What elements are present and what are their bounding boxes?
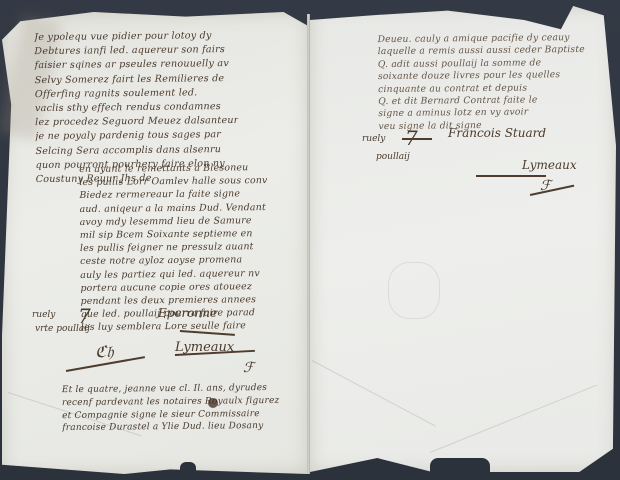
left-paragraph-3: Et le quatre, jeanne vue cl. Il. ans, dy… bbox=[62, 382, 280, 435]
ink-blot bbox=[208, 398, 218, 408]
margin-note: ruely bbox=[32, 310, 55, 320]
center-fold bbox=[307, 14, 310, 474]
signature-mark: 7 bbox=[78, 304, 91, 328]
manuscript-line: francoise Durastel a Ylie Dud. lieu Dosa… bbox=[62, 420, 280, 435]
right-paragraph: Deueu. cauly a amique pacifie dy ceauy l… bbox=[377, 32, 585, 133]
paraphe: ℭ𝔥 bbox=[95, 342, 114, 362]
margin-note: poullaij bbox=[376, 152, 410, 162]
manuscript-line: Selvy Somerez fairt les Remilieres de bbox=[35, 72, 239, 88]
signature: Eperonne bbox=[158, 306, 217, 320]
manuscript-line: les luy semblera Lore seulle faire bbox=[81, 319, 269, 334]
manuscript-line: soixante douze livres pour les quelles bbox=[378, 69, 585, 84]
signature: Francois Stuard bbox=[448, 126, 546, 140]
margin-note: ruely bbox=[362, 134, 385, 144]
manuscript-line: laquelle a remis aussi aussi ceder Bapti… bbox=[378, 44, 585, 59]
manuscript-line: faisier sqines ar pseules renouuelly av bbox=[34, 57, 238, 73]
watermark bbox=[388, 262, 440, 319]
signature-flourish bbox=[476, 175, 546, 177]
signature: Lymeaux bbox=[522, 158, 577, 172]
torn-edge bbox=[180, 462, 196, 480]
signature-flourish bbox=[402, 138, 432, 140]
torn-edge bbox=[430, 458, 490, 480]
paraphe: ℱ bbox=[243, 360, 254, 376]
